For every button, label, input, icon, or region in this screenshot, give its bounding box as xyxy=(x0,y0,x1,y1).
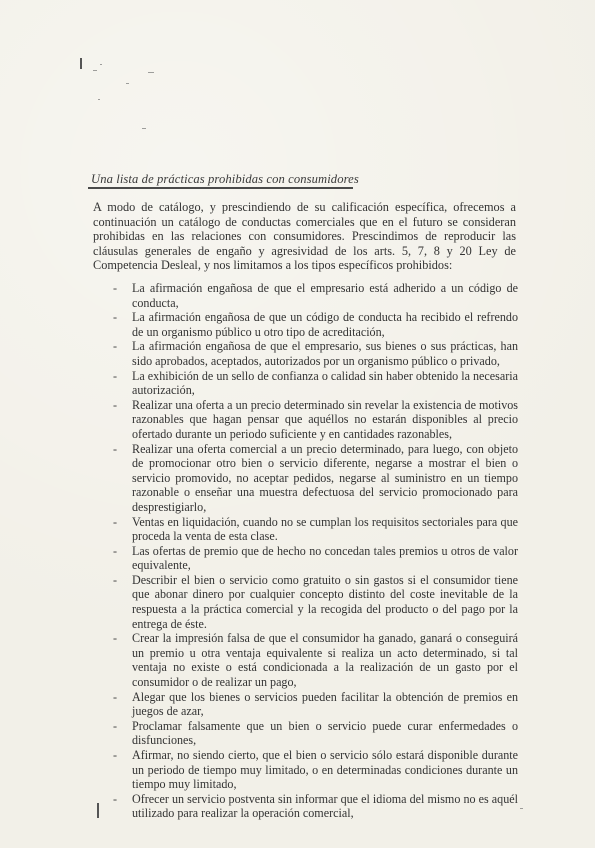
dash-bullet-icon: - xyxy=(113,339,117,354)
section-heading: Una lista de prácticas prohibidas con co… xyxy=(91,172,359,187)
dash-bullet-icon: - xyxy=(113,690,117,705)
list-item-text: Ventas en liquidación, cuando no se cump… xyxy=(132,515,518,544)
scan-speck xyxy=(520,808,523,809)
dash-bullet-icon: - xyxy=(113,573,117,588)
list-item: -Describir el bien o servicio como gratu… xyxy=(113,573,518,631)
list-item-text: Proclamar falsamente que un bien o servi… xyxy=(132,719,518,748)
scan-speck xyxy=(126,83,129,84)
scan-speck xyxy=(148,72,154,73)
list-item: -La afirmación engañosa de que el empres… xyxy=(113,339,518,368)
dash-bullet-icon: - xyxy=(113,719,117,734)
list-item: -Ofrecer un servicio postventa sin infor… xyxy=(113,792,518,821)
dash-bullet-icon: - xyxy=(113,398,117,413)
list-item: -Las ofertas de premio que de hecho no c… xyxy=(113,544,518,573)
list-item-text: La afirmación engañosa de que el empresa… xyxy=(132,339,518,368)
list-item-text: Las ofertas de premio que de hecho no co… xyxy=(132,544,518,573)
list-item-text: Realizar una oferta a un precio determin… xyxy=(132,398,518,441)
intro-paragraph: A modo de catálogo, y prescindiendo de s… xyxy=(93,200,516,273)
dash-bullet-icon: - xyxy=(113,310,117,325)
list-item-text: Realizar una oferta comercial a un preci… xyxy=(132,442,518,514)
list-item: -La afirmación engañosa de que el empres… xyxy=(113,281,518,310)
prohibited-practices-list: -La afirmación engañosa de que el empres… xyxy=(113,281,518,821)
dash-bullet-icon: - xyxy=(113,281,117,296)
dash-bullet-icon: - xyxy=(113,748,117,763)
list-item-text: Alegar que los bienes o servicios pueden… xyxy=(132,690,518,719)
dash-bullet-icon: - xyxy=(113,792,117,807)
list-item-text: Crear la impresión falsa de que el consu… xyxy=(132,631,518,689)
list-item: -Alegar que los bienes o servicios puede… xyxy=(113,690,518,719)
scan-speck xyxy=(98,99,100,100)
heading-underline xyxy=(88,187,353,189)
list-item: -La afirmación engañosa de que un código… xyxy=(113,310,518,339)
list-item-text: Afirmar, no siendo cierto, que el bien o… xyxy=(132,748,518,791)
list-item-text: La afirmación engañosa de que un código … xyxy=(132,310,518,339)
scan-margin-mark-top xyxy=(80,58,82,69)
dash-bullet-icon: - xyxy=(113,442,117,457)
scan-speck xyxy=(100,64,102,65)
list-item-text: Describir el bien o servicio como gratui… xyxy=(132,573,518,631)
list-item: -Realizar una oferta a un precio determi… xyxy=(113,398,518,442)
scanned-page: Una lista de prácticas prohibidas con co… xyxy=(0,0,595,848)
dash-bullet-icon: - xyxy=(113,369,117,384)
dash-bullet-icon: - xyxy=(113,515,117,530)
scan-speck xyxy=(142,128,146,129)
list-item-text: Ofrecer un servicio postventa sin inform… xyxy=(132,792,518,821)
dash-bullet-icon: - xyxy=(113,544,117,559)
list-item: -Proclamar falsamente que un bien o serv… xyxy=(113,719,518,748)
scan-speck xyxy=(93,70,97,71)
scan-margin-mark-bottom xyxy=(97,803,99,818)
dash-bullet-icon: - xyxy=(113,631,117,646)
list-item: -Crear la impresión falsa de que el cons… xyxy=(113,631,518,689)
list-item-text: La exhibición de un sello de confianza o… xyxy=(132,369,518,398)
list-item: -Ventas en liquidación, cuando no se cum… xyxy=(113,515,518,544)
list-item: -Afirmar, no siendo cierto, que el bien … xyxy=(113,748,518,792)
list-item: -La exhibición de un sello de confianza … xyxy=(113,369,518,398)
list-item: -Realizar una oferta comercial a un prec… xyxy=(113,442,518,515)
list-item-text: La afirmación engañosa de que el empresa… xyxy=(132,281,518,310)
